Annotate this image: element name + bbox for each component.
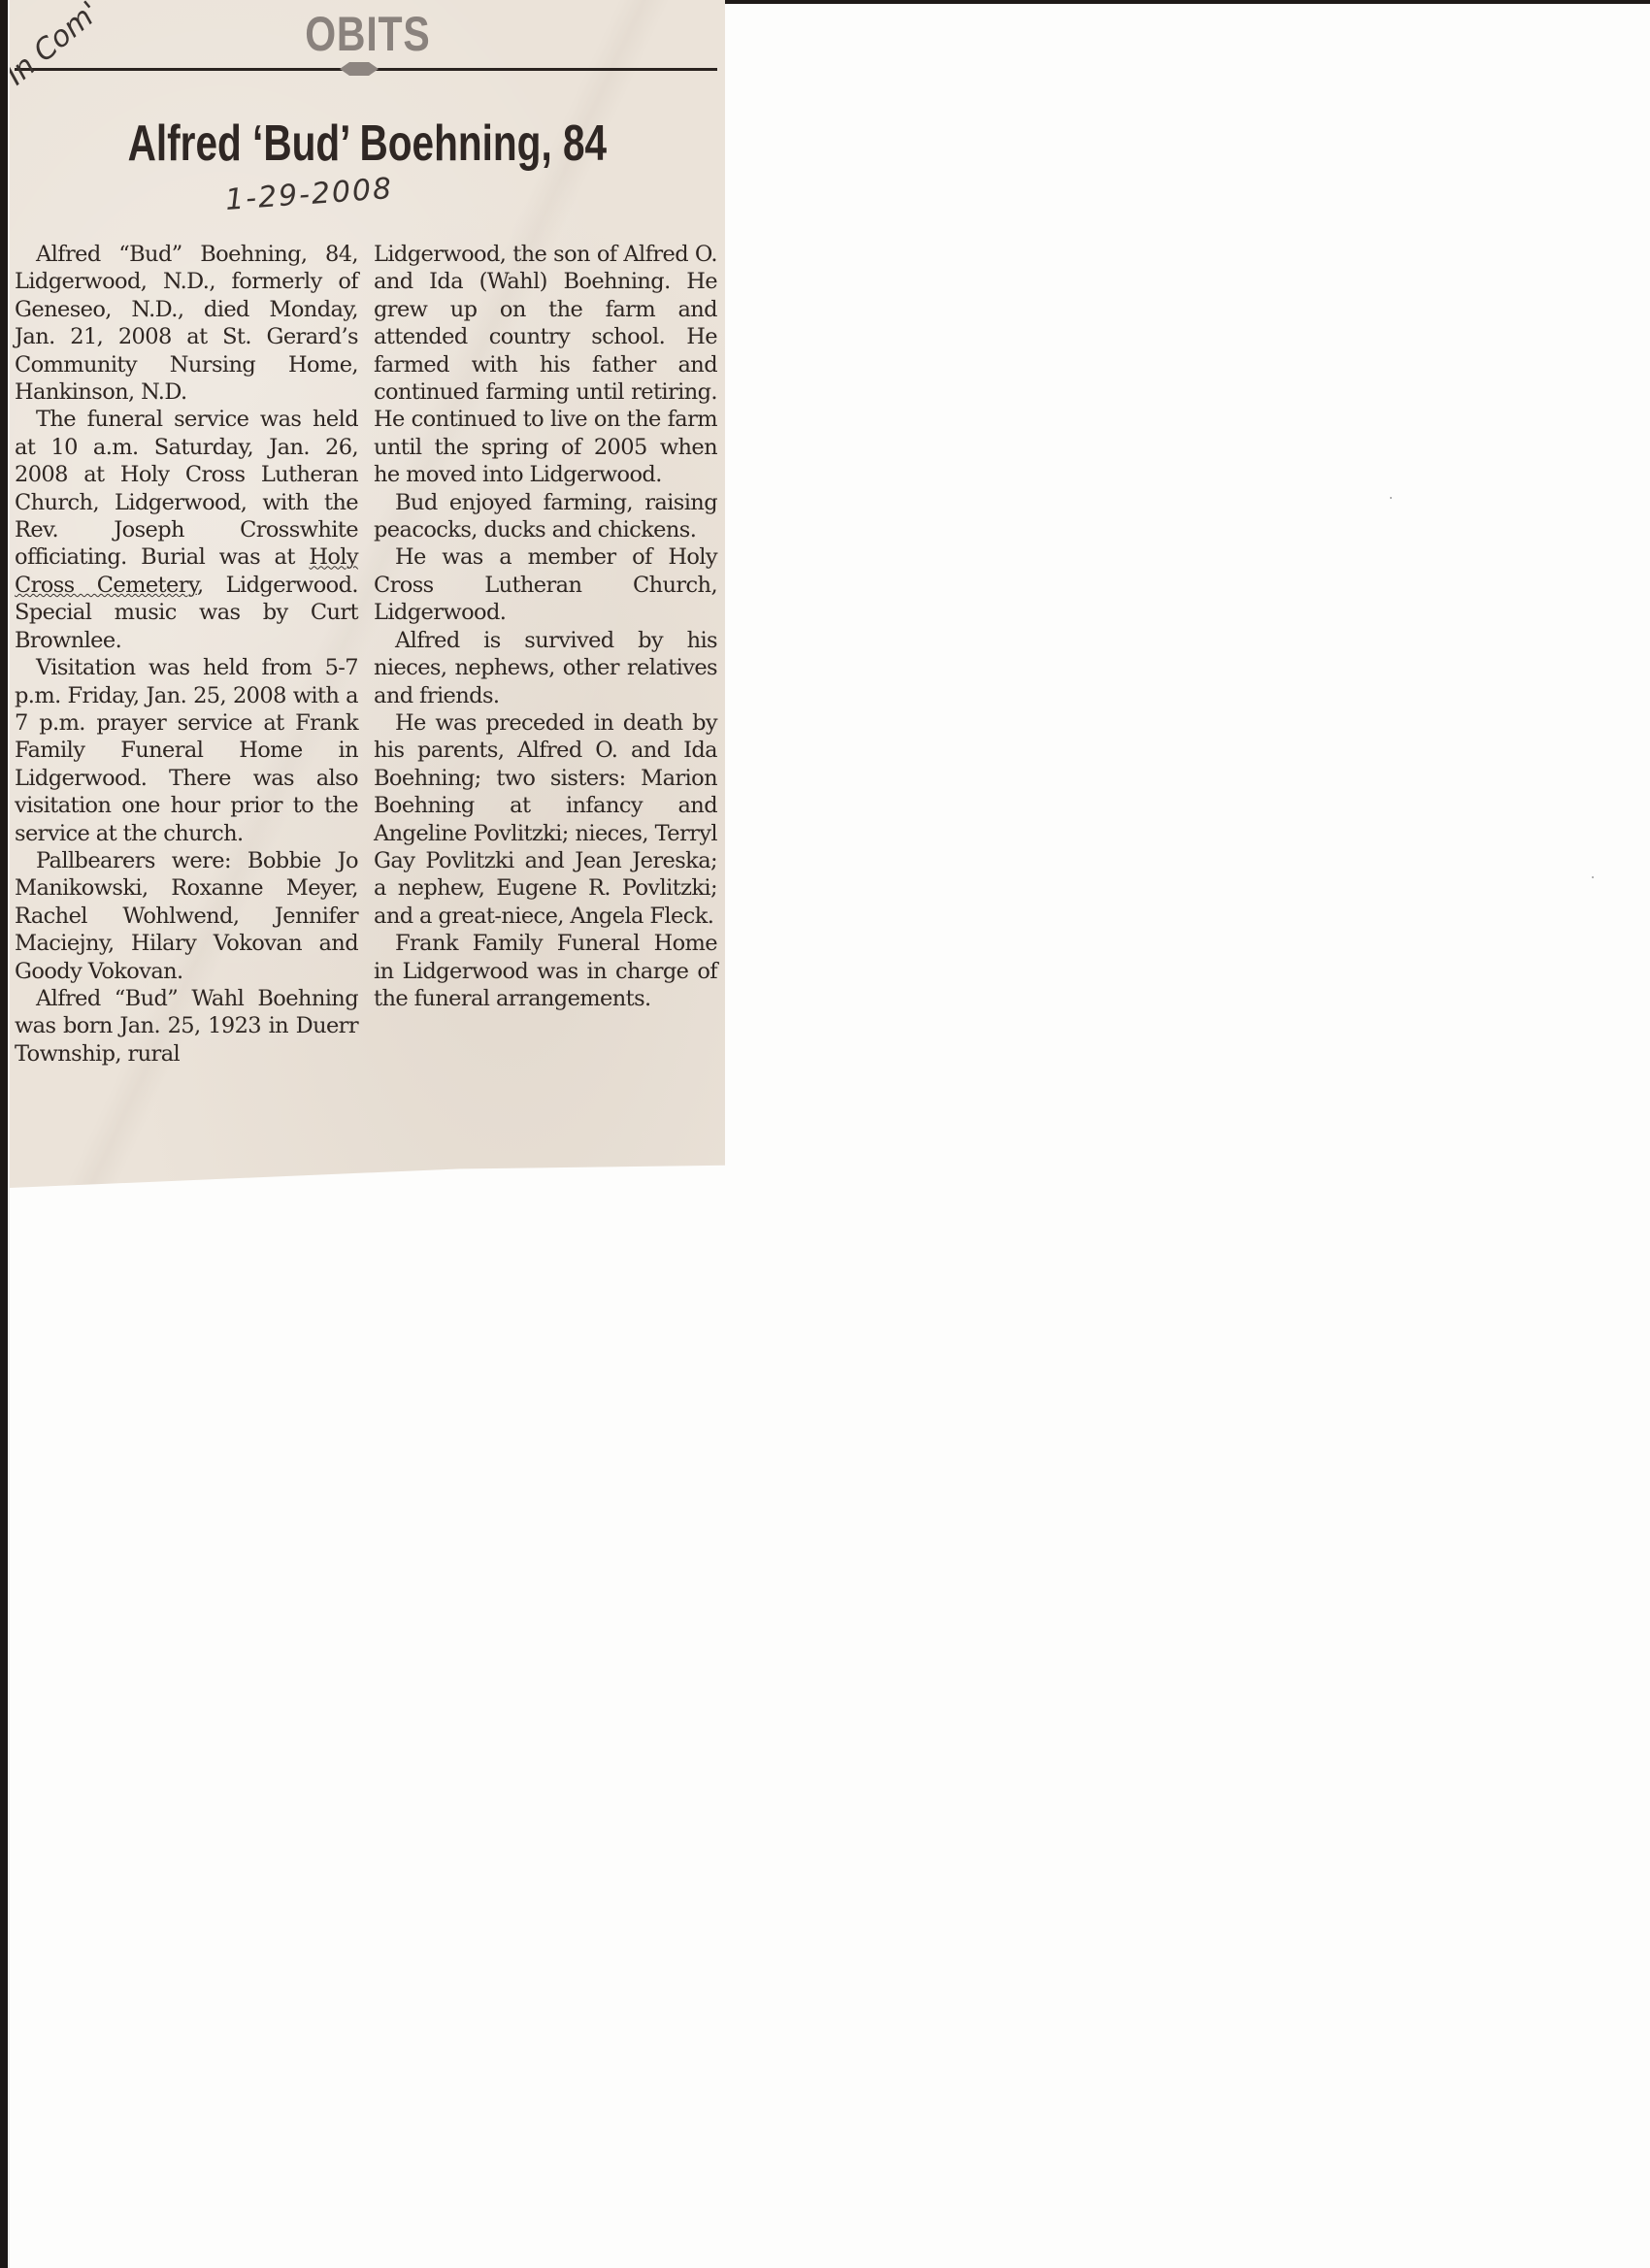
scan-speck (1390, 497, 1392, 499)
article-columns: Alfred “Bud” Boehning, 84, Lidgerwood, N… (15, 241, 717, 1068)
article-column-left: Alfred “Bud” Boehning, 84, Lidgerwood, N… (15, 241, 358, 1068)
section-label: OBITS (305, 10, 430, 58)
headline-text: Alfred ‘Bud’ Boehning, 84 (128, 118, 608, 169)
paragraph-visitation: Visitation was held from 5-7 p.m. Friday… (15, 654, 358, 847)
paragraph-hobbies: Bud enjoyed farming, raising peacocks, d… (374, 489, 717, 544)
scan-speck (1592, 876, 1594, 878)
paragraph-preceded: He was preceded in death by his parents,… (374, 709, 717, 930)
paragraph-biography: Lidgerwood, the son of Alfred O. and Ida… (374, 241, 717, 489)
article-column-right: Lidgerwood, the son of Alfred O. and Ida… (374, 241, 717, 1068)
diamond-ornament-icon (340, 62, 379, 76)
paragraph-funeral-service: The funeral service was held at 10 a.m. … (15, 406, 358, 654)
obituary-headline: Alfred ‘Bud’ Boehning, 84 (10, 118, 725, 169)
section-header: OBITS (10, 10, 725, 58)
scan-border-left (0, 0, 10, 2268)
paragraph-membership: He was a member of Holy Cross Lutheran C… (374, 543, 717, 626)
funeral-service-text: The funeral service was held at 10 a.m. … (15, 407, 358, 570)
paragraph-arrangements: Frank Family Funeral Home in Lidgerwood … (374, 930, 717, 1012)
paragraph-pallbearers: Pallbearers were: Bobbie Jo Manikowski, … (15, 847, 358, 985)
handwritten-date: 1-29-2008 (224, 172, 394, 217)
paragraph-survivors: Alfred is survived by his nieces, nephew… (374, 627, 717, 709)
paragraph-birth: Alfred “Bud” Wahl Boehning was born Jan.… (15, 985, 358, 1068)
paragraph-death-notice: Alfred “Bud” Boehning, 84, Lidgerwood, N… (15, 241, 358, 406)
newspaper-clipping: OBITS In Com' Alfred ‘Bud’ Boehning, 84 … (10, 0, 725, 1188)
